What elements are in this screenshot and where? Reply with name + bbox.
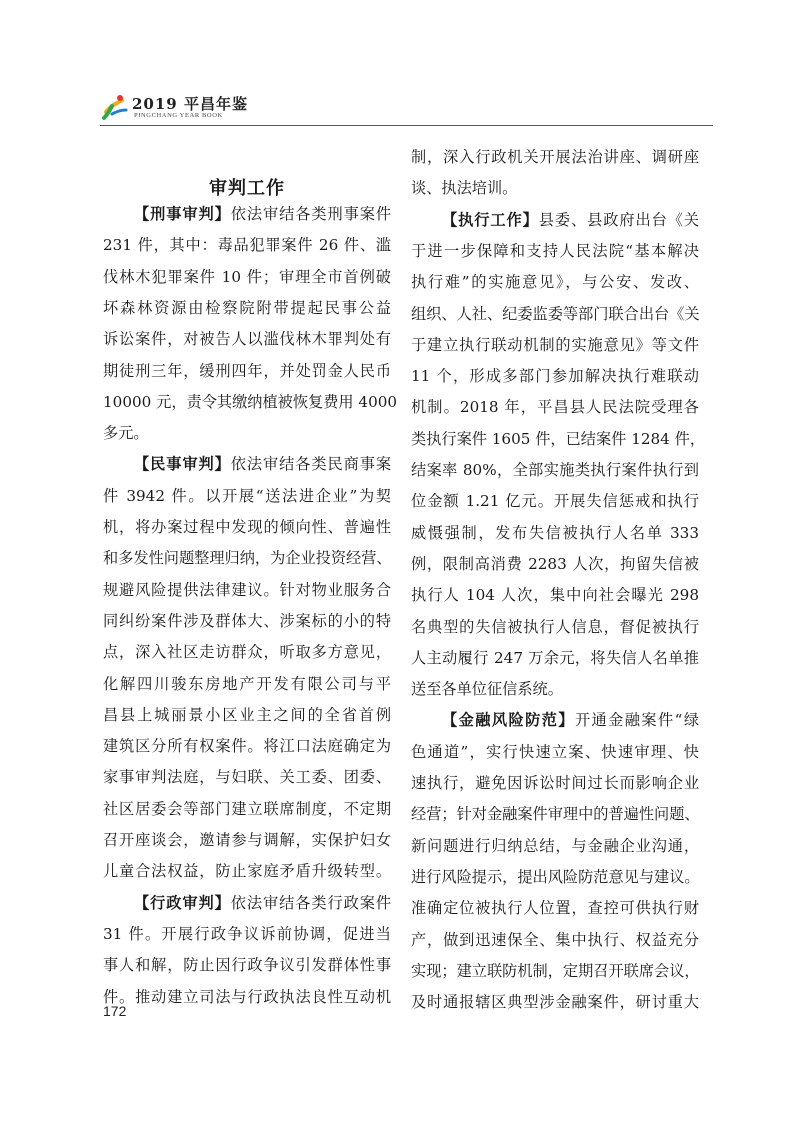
- line-text: 人主动履行 247 万余元，将失信人名单推: [411, 649, 699, 667]
- text-line: 规避风险提供法律建议。针对物业服务合: [103, 580, 391, 600]
- text-line: 伐林木犯罪案件 10 件；审理全市首例破: [103, 267, 391, 287]
- page-number: 172: [103, 1003, 126, 1019]
- text-line: 多元。: [103, 423, 391, 443]
- line-text: 县委、县政府出台《关: [539, 211, 699, 229]
- text-line: 结案率 80%，全部实施类执行案件执行到: [411, 460, 699, 480]
- text-line: 实现；建立联防机制，定期召开联席会议，: [411, 961, 699, 981]
- text-line: 件 3942 件。以开展“送法进企业”为契: [103, 486, 391, 506]
- text-line: 儿童合法权益，防止家庭矛盾升级转型。: [103, 861, 391, 881]
- line-text: 多元。: [103, 424, 149, 442]
- line-text: 依法审结各类行政案件: [231, 894, 391, 912]
- text-line: 执行人 104 人次，集中向社会曝光 298: [411, 585, 699, 605]
- paragraph-label: 【金融风险防范】: [442, 711, 575, 729]
- line-text: 色通道”，实行快速立案、快速审理、快: [411, 743, 699, 761]
- line-text: 点，深入社区走访群众，听取多方意见，: [103, 643, 391, 661]
- line-text: 于进一步保障和支持人民法院“基本解决: [411, 242, 699, 260]
- text-line: 同纠纷案件涉及群体大、涉案标的小的特: [103, 611, 391, 631]
- paragraph-label: 【刑事审判】: [134, 205, 231, 223]
- line-text: 31 件。开展行政争议诉前协调，促进当: [103, 925, 391, 943]
- paragraph-heading-line: 【执行工作】县委、县政府出台《关: [442, 210, 699, 230]
- line-text: 社区居委会等部门建立联席制度，不定期: [103, 800, 391, 818]
- line-text: 家事审判法庭，与妇联、关工委、团委、: [103, 768, 391, 786]
- line-text: 及时通报辖区典型涉金融案件，研讨重大: [411, 993, 699, 1011]
- line-text: 进行风险提示，提出风险防范意见与建议。: [411, 868, 700, 886]
- line-text: 规避风险提供法律建议。针对物业服务合: [103, 581, 391, 599]
- text-line: 组织、人社、纪委监委等部门联合出台《关: [411, 304, 699, 324]
- text-line: 建筑区分所有权案件。将江口法庭确定为: [103, 736, 391, 756]
- line-text: 速执行，避免因诉讼时间过长而影响企业: [411, 774, 699, 792]
- line-text: 伐林木犯罪案件 10 件；审理全市首例破: [103, 268, 391, 286]
- line-text: 召开座谈会，邀请参与调解，实保护妇女: [103, 831, 391, 849]
- line-text: 名典型的失信被执行人信息，督促被执行: [411, 618, 699, 636]
- line-text: 准确定位被执行人位置，查控可供执行财: [411, 899, 699, 917]
- text-line: 社区居委会等部门建立联席制度，不定期: [103, 799, 391, 819]
- text-line: 11 个，形成多部门参加解决执行难联动: [411, 366, 699, 386]
- text-line: 进行风险提示，提出风险防范意见与建议。: [411, 867, 699, 887]
- line-text: 化解四川骏东房地产开发有限公司与平: [103, 675, 391, 693]
- text-line: 期徒刑三年，缓刑四年，并处罚金人民币: [103, 361, 391, 381]
- line-text: 威慑强制，发布失信被执行人名单 333: [411, 524, 699, 542]
- header-divider: [100, 125, 713, 126]
- line-text: 10000 元，责令其缴纳植被恢复费用 4000: [103, 393, 397, 411]
- paragraph-label: 【执行工作】: [442, 211, 539, 229]
- yearbook-logo-icon: [100, 92, 130, 122]
- text-line: 名典型的失信被执行人信息，督促被执行: [411, 617, 699, 637]
- paragraph-heading-line: 【刑事审判】依法审结各类刑事案件: [134, 204, 391, 224]
- line-text: 事人和解，防止因行政争议引发群体性事: [103, 956, 391, 974]
- paragraph-heading-line: 【民事审判】依法审结各类民商事案: [134, 454, 391, 474]
- line-text: 结案率 80%，全部实施类执行案件执行到: [411, 461, 699, 479]
- text-line: 昌县上城丽景小区业主之间的全省首例: [103, 705, 391, 725]
- text-line: 例，限制高消费 2283 人次，拘留失信被: [411, 554, 699, 574]
- paragraph-label: 【行政审判】: [134, 894, 231, 912]
- line-text: 类执行案件 1605 件，已结案件 1284 件，: [411, 430, 705, 448]
- line-text: 制，深入行政机关开展法治讲座、调研座: [411, 148, 699, 166]
- line-text: 机制。2018 年，平昌县人民法院受理各: [411, 398, 699, 416]
- text-line: 家事审判法庭，与妇联、关工委、团委、: [103, 767, 391, 787]
- text-line: 送至各单位征信系统。: [411, 679, 699, 699]
- line-text: 开通金融案件“绿: [575, 711, 699, 729]
- line-text: 件 3942 件。以开展“送法进企业”为契: [103, 487, 391, 505]
- line-text: 新问题进行归纳总结，与金融企业沟通，: [411, 837, 699, 855]
- text-line: 机制。2018 年，平昌县人民法院受理各: [411, 397, 699, 417]
- text-line: 新问题进行归纳总结，与金融企业沟通，: [411, 836, 699, 856]
- line-text: 建筑区分所有权案件。将江口法庭确定为: [103, 737, 391, 755]
- text-line: 召开座谈会，邀请参与调解，实保护妇女: [103, 830, 391, 850]
- yearbook-subtitle: PINGCHANG YEAR BOOK: [134, 112, 223, 119]
- line-text: 件。推动建立司法与行政执法良性互动机: [103, 988, 391, 1006]
- text-line: 位金额 1.21 亿元。开展失信惩戒和执行: [411, 491, 699, 511]
- line-text: 昌县上城丽景小区业主之间的全省首例: [103, 706, 391, 724]
- text-line: 威慑强制，发布失信被执行人名单 333: [411, 523, 699, 543]
- text-line: 于进一步保障和支持人民法院“基本解决: [411, 241, 699, 261]
- text-line: 化解四川骏东房地产开发有限公司与平: [103, 674, 391, 694]
- text-line: 准确定位被执行人位置，查控可供执行财: [411, 898, 699, 918]
- text-line: 机，将办案过程中发现的倾向性、普遍性: [103, 517, 391, 537]
- line-text: 机，将办案过程中发现的倾向性、普遍性: [103, 518, 391, 536]
- yearbook-title: 2019 平昌年鉴: [132, 93, 248, 114]
- line-text: 经营；针对金融案件审理中的普遍性问题、: [411, 805, 700, 823]
- text-line: 点，深入社区走访群众，听取多方意见，: [103, 642, 391, 662]
- line-text: 诉讼案件，对被告人以滥伐林木罪判处有: [103, 330, 391, 348]
- text-line: 事人和解，防止因行政争议引发群体性事: [103, 955, 391, 975]
- text-line: 及时通报辖区典型涉金融案件，研讨重大: [411, 992, 699, 1012]
- line-text: 儿童合法权益，防止家庭矛盾升级转型。: [103, 862, 391, 880]
- line-text: 位金额 1.21 亿元。开展失信惩戒和执行: [411, 492, 699, 510]
- line-text: 于建立执行联动机制的实施意见》等文件: [411, 336, 699, 354]
- line-text: 依法审结各类刑事案件: [231, 205, 391, 223]
- line-text: 产，做到迅速保全、集中执行、权益充分: [411, 931, 699, 949]
- text-line: 件。推动建立司法与行政执法良性互动机: [103, 987, 391, 1007]
- line-text: 11 个，形成多部门参加解决执行难联动: [411, 367, 699, 385]
- line-text: 执行人 104 人次，集中向社会曝光 298: [411, 586, 699, 604]
- text-line: 执行难”的实施意见》，与公安、发改、: [411, 272, 699, 292]
- paragraph-heading-line: 【金融风险防范】开通金融案件“绿: [442, 710, 699, 730]
- text-line: 产，做到迅速保全、集中执行、权益充分: [411, 930, 699, 950]
- text-line: 人主动履行 247 万余元，将失信人名单推: [411, 648, 699, 668]
- text-line: 31 件。开展行政争议诉前协调，促进当: [103, 924, 391, 944]
- line-text: 例，限制高消费 2283 人次，拘留失信被: [411, 555, 699, 573]
- line-text: 231 件，其中：毒品犯罪案件 26 件、滥: [103, 236, 391, 254]
- line-text: 和多发性问题整理归纳，为企业投资经营、: [103, 549, 392, 567]
- text-line: 诉讼案件，对被告人以滥伐林木罪判处有: [103, 329, 391, 349]
- line-text: 执行难”的实施意见》，与公安、发改、: [411, 273, 699, 291]
- line-text: 组织、人社、纪委监委等部门联合出台《关: [411, 305, 700, 323]
- line-text: 坏森林资源由检察院附带提起民事公益: [103, 299, 391, 317]
- text-line: 和多发性问题整理归纳，为企业投资经营、: [103, 548, 391, 568]
- text-line: 速执行，避免因诉讼时间过长而影响企业: [411, 773, 699, 793]
- text-line: 坏森林资源由检察院附带提起民事公益: [103, 298, 391, 318]
- line-text: 谈、执法培训。: [411, 179, 517, 197]
- line-text: 期徒刑三年，缓刑四年，并处罚金人民币: [103, 362, 391, 380]
- text-line: 经营；针对金融案件审理中的普遍性问题、: [411, 804, 699, 824]
- paragraph-heading-line: 【行政审判】依法审结各类行政案件: [134, 893, 391, 913]
- line-text: 依法审结各类民商事案: [231, 455, 391, 473]
- text-line: 谈、执法培训。: [411, 178, 699, 198]
- text-line: 色通道”，实行快速立案、快速审理、快: [411, 742, 699, 762]
- paragraph-label: 【民事审判】: [134, 455, 231, 473]
- page-header: 2019 平昌年鉴 PINGCHANG YEAR BOOK: [100, 92, 713, 128]
- text-line: 制，深入行政机关开展法治讲座、调研座: [411, 147, 699, 167]
- text-line: 于建立执行联动机制的实施意见》等文件: [411, 335, 699, 355]
- text-line: 类执行案件 1605 件，已结案件 1284 件，: [411, 429, 699, 449]
- line-text: 同纠纷案件涉及群体大、涉案标的小的特: [103, 612, 391, 630]
- section-title: 审判工作: [103, 174, 391, 200]
- line-text: 实现；建立联防机制，定期召开联席会议，: [411, 962, 700, 980]
- text-line: 231 件，其中：毒品犯罪案件 26 件、滥: [103, 235, 391, 255]
- line-text: 送至各单位征信系统。: [411, 680, 563, 698]
- text-line: 10000 元，责令其缴纳植被恢复费用 4000: [103, 392, 391, 412]
